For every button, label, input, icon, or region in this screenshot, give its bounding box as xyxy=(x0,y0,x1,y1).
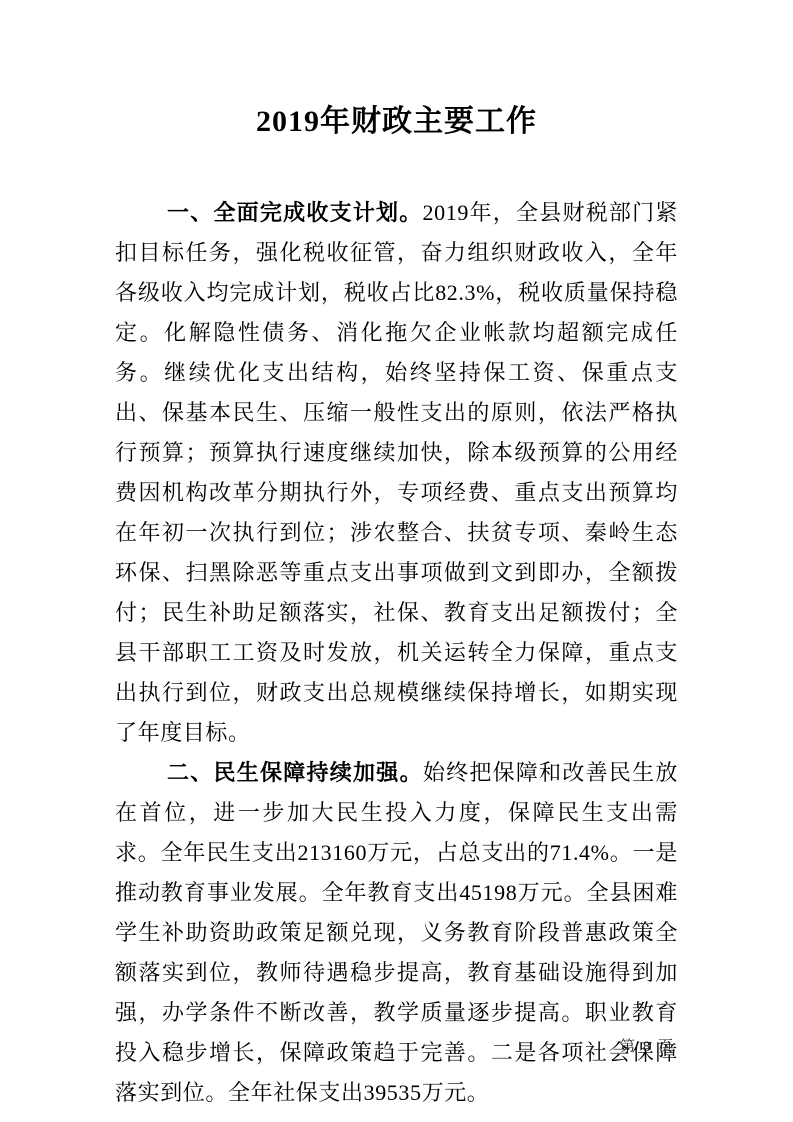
page-number: 第 8 页 xyxy=(620,1038,675,1056)
paragraph-1-text: 2019年，全县财税部门紧扣目标任务，强化税收征管，奋力组织财政收入，全年各级收… xyxy=(115,200,678,745)
paragraph-fiscal-plan: 一、全面完成收支计划。2019年，全县财税部门紧扣目标任务，强化税收征管，奋力组… xyxy=(115,193,678,753)
paragraph-2-heading: 二、民生保障持续加强。 xyxy=(167,760,423,785)
page-title: 2019年财政主要工作 xyxy=(115,100,678,144)
paragraph-2-text: 始终把保障和改善民生放在首位，进一步加大民生投入力度，保障民生支出需求。全年民生… xyxy=(115,760,678,1105)
paragraph-livelihood: 二、民生保障持续加强。始终把保障和改善民生放在首位，进一步加大民生投入力度，保障… xyxy=(115,753,678,1113)
document-body: 一、全面完成收支计划。2019年，全县财税部门紧扣目标任务，强化税收征管，奋力组… xyxy=(115,193,678,1113)
paragraph-1-heading: 一、全面完成收支计划。 xyxy=(167,200,423,225)
document-page: 2019年财政主要工作 一、全面完成收支计划。2019年，全县财税部门紧扣目标任… xyxy=(0,0,793,1122)
